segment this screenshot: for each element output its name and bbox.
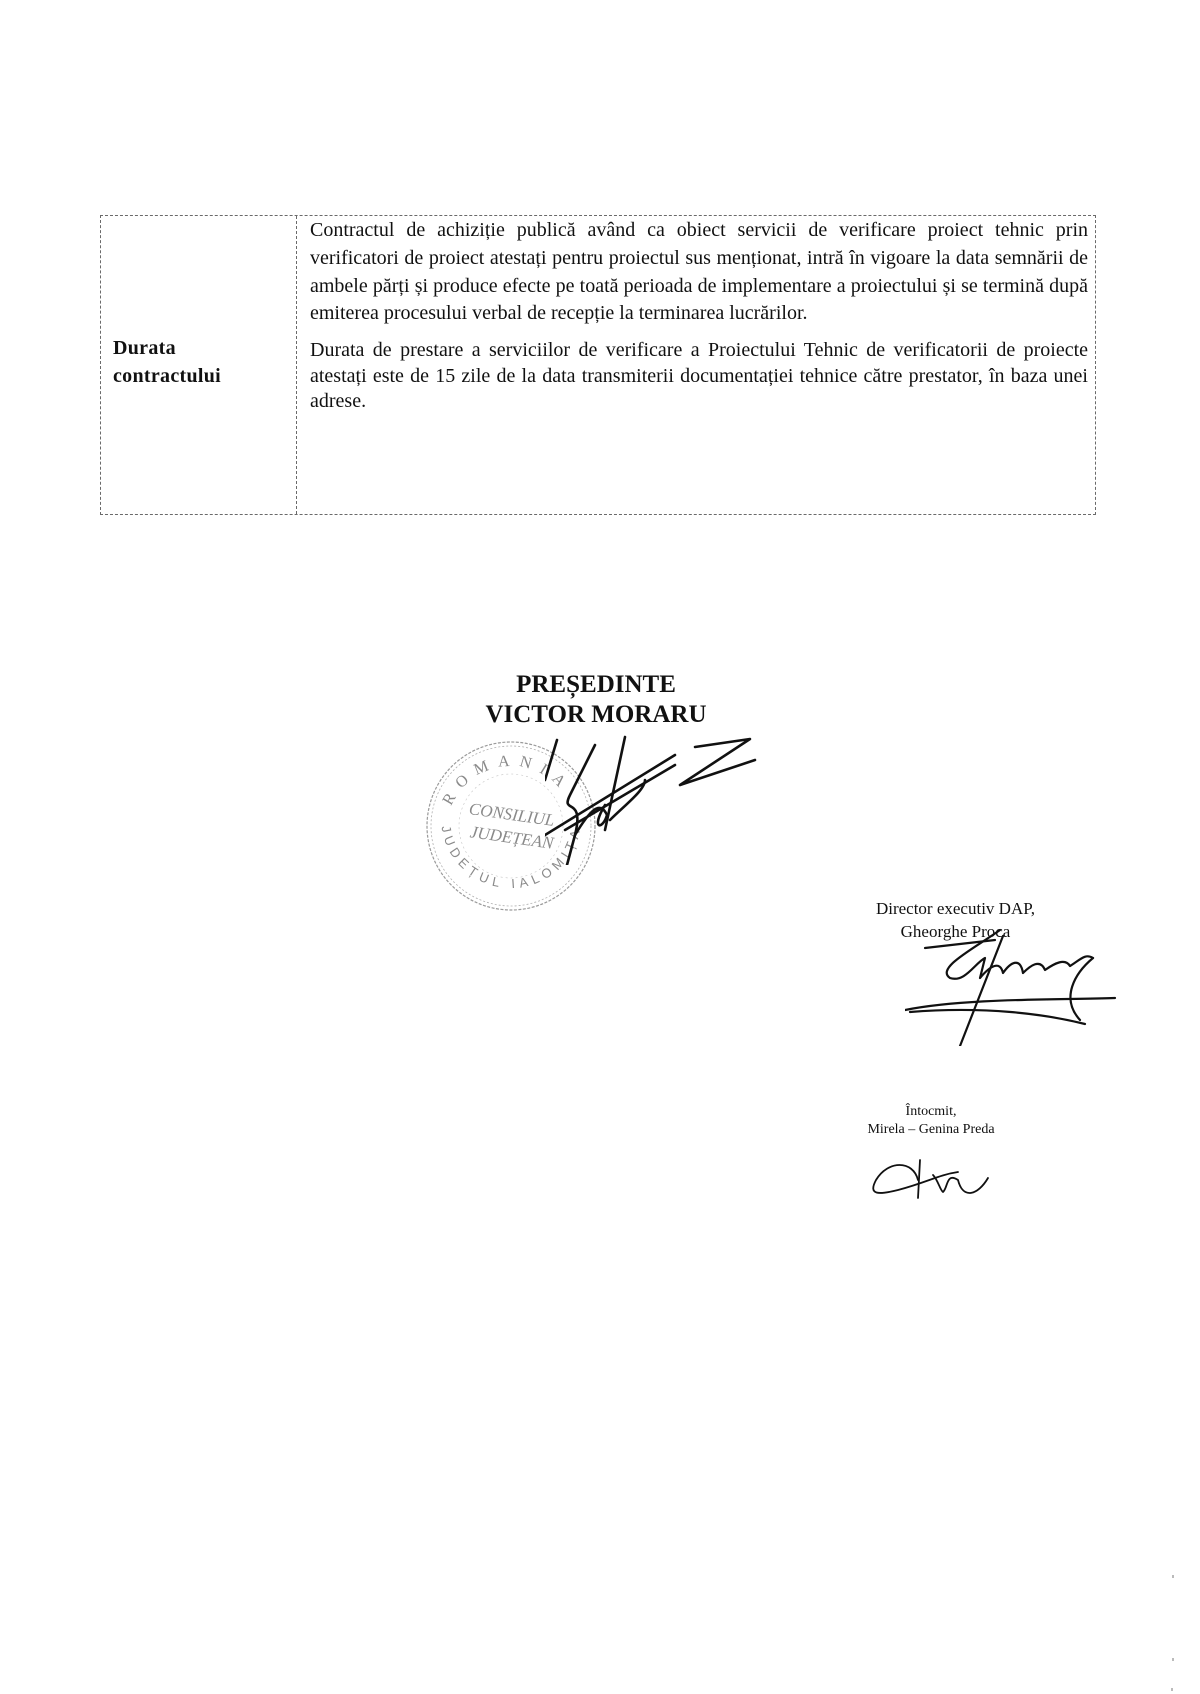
director-role: Director executiv DAP, bbox=[858, 897, 1053, 920]
author-signature-icon bbox=[868, 1150, 998, 1210]
row-label: Durata contractului bbox=[113, 334, 293, 390]
row-content: Contractul de achiziție publică având ca… bbox=[310, 217, 1088, 415]
contract-duration-table: Durata contractului Contractul de achizi… bbox=[100, 215, 1096, 515]
author-block: Întocmit, Mirela – Genina Preda bbox=[856, 1103, 1006, 1139]
row-label-line1: Durata bbox=[113, 334, 293, 362]
author-name: Mirela – Genina Preda bbox=[856, 1121, 1006, 1139]
president-signature-icon bbox=[545, 735, 765, 865]
contract-validity-paragraph: Contractul de achiziție publică având ca… bbox=[310, 217, 1088, 328]
scan-speck bbox=[1171, 1688, 1173, 1691]
author-role: Întocmit, bbox=[856, 1103, 1006, 1121]
service-duration-paragraph: Durata de prestare a serviciilor de veri… bbox=[310, 338, 1088, 415]
scan-speck bbox=[1172, 1658, 1174, 1661]
president-block: PREȘEDINTE VICTOR MORARU bbox=[436, 670, 756, 730]
document-page: Durata contractului Contractul de achizi… bbox=[0, 0, 1200, 1694]
column-divider bbox=[296, 216, 297, 514]
director-signature-icon bbox=[905, 928, 1120, 1046]
scan-speck bbox=[1172, 1575, 1174, 1578]
row-label-line2: contractului bbox=[113, 362, 293, 390]
president-name: VICTOR MORARU bbox=[436, 700, 756, 730]
president-title: PREȘEDINTE bbox=[436, 670, 756, 700]
